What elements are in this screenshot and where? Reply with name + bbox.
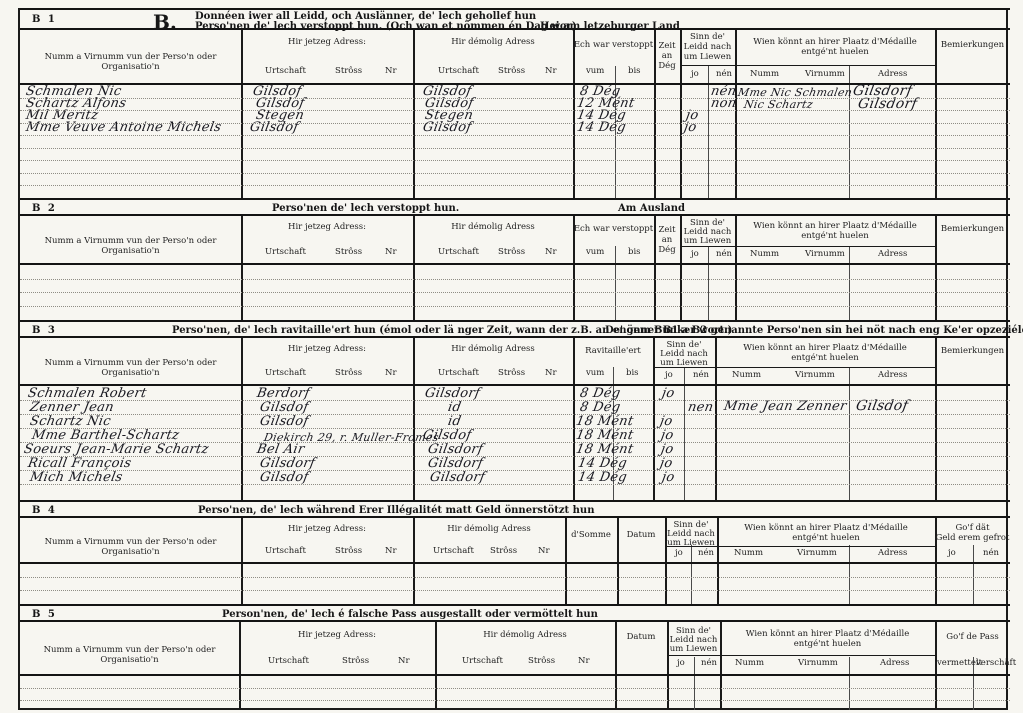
vum-bis-divider <box>613 367 614 384</box>
ruled-line <box>20 484 1010 485</box>
stross-label: Strôss <box>528 656 555 666</box>
adress-label: Adress <box>878 548 907 558</box>
virnumm-label: Virnumm <box>805 249 845 259</box>
bemierkungen-label: Bemierkungen <box>935 346 1010 356</box>
virnumm-label: Virnumm <box>798 658 838 668</box>
b5-column-header: Numm a Virnumm vun der Perso'n oder Orga… <box>20 622 1010 676</box>
nen-label: nén <box>983 548 999 558</box>
ruled-line <box>20 590 1010 591</box>
vum-label: vum <box>586 247 604 257</box>
b3-row0-demolig: Gilsdorf <box>424 387 481 400</box>
nr-label: Nr <box>545 368 557 378</box>
numm-label: Numm <box>750 249 779 259</box>
sinn-label-3: um Liewen <box>680 52 735 62</box>
nr-label: Nr <box>398 656 410 666</box>
col-ravitailleert-header: Ravitaille'ert <box>573 346 653 356</box>
gof-geld-label-1: Go'f dät <box>935 523 1010 533</box>
urtschaft-label: Urtschaft <box>265 368 306 378</box>
virnumm-label: Virnumm <box>795 370 835 380</box>
bemierkungen-label: Bemierkungen <box>935 40 1010 50</box>
sinn-subrow-line <box>667 655 720 656</box>
column-divider <box>935 338 937 384</box>
b3-row1-name: Zenner Jean <box>29 401 115 414</box>
jo-label: jo <box>948 548 956 558</box>
jo-nen-divider <box>708 85 709 198</box>
column-divider <box>935 676 937 710</box>
b3-row6-jo: jo <box>661 471 676 484</box>
wien-label-2: entgé'nt huelen <box>715 353 935 363</box>
col-jetzeg-header: Hir jetzeg Adress: <box>239 630 435 640</box>
jo-label: jo <box>677 658 685 668</box>
column-divider <box>413 85 415 198</box>
ruled-line <box>20 470 1010 471</box>
col-demolig-header: Hir démolig Adress <box>413 344 573 354</box>
b5-table-body <box>20 676 1010 710</box>
b2-subtitle: Am Ausland <box>618 203 685 214</box>
stross-label: Strôss <box>335 247 362 257</box>
b3-column-header: Numm a Virnumm vun der Perso'n oder Orga… <box>20 338 1010 386</box>
b3-row1-medaille-name: Mme Jean Zenner <box>723 400 848 413</box>
jo-label: jo <box>691 249 699 259</box>
ruled-line <box>20 306 1010 307</box>
wien-label-2: entgé'nt huelen <box>720 639 935 649</box>
col-jetzeg-header: Hir jetzeg Adress: <box>241 222 413 232</box>
sinn-subrow-line <box>665 546 717 547</box>
column-divider <box>239 676 241 710</box>
nen-label: nén <box>701 658 717 668</box>
b4-title: Perso'nen, de' lech während Erer Illégal… <box>198 505 594 516</box>
form-outer-border: B 1 B. Donnéen iwer all Leidd, och Auslä… <box>18 8 1008 710</box>
ruled-line <box>20 414 1010 415</box>
b3-row4-jetzeg: Bel Air <box>256 443 306 456</box>
ruled-line <box>20 442 1010 443</box>
wien-subrow-line <box>717 546 935 547</box>
col-jetzeg-header: Hir jetzeg Adress: <box>241 344 413 354</box>
col-jetzeg-header: Hir jetzeg Adress: <box>241 524 413 534</box>
sinn-label-3: um Liewen <box>680 236 735 246</box>
jo-label: jo <box>665 370 673 380</box>
b3-row4-name: Soeurs Jean-Marie Schartz <box>23 443 210 456</box>
wien-label-2: entgé'nt huelen <box>735 47 935 57</box>
b3-row5-jo: jo <box>659 457 674 470</box>
nr-label: Nr <box>545 247 557 257</box>
urtschaft-label: Urtschaft <box>438 247 479 257</box>
b5-title-bar: B 5 Person'nen, de' lech é falsche Pass … <box>20 604 1010 622</box>
sinn-subrow-line <box>680 246 735 247</box>
ruled-line <box>20 173 1010 174</box>
jo-nen-divider <box>694 676 695 710</box>
urtschaft-label: Urtschaft <box>265 66 306 76</box>
b4-column-header: Numm a Virnumm vun der Perso'n oder Orga… <box>20 518 1010 564</box>
jo-nen-divider <box>684 386 685 500</box>
ruled-line <box>20 688 1010 689</box>
b3-row3-demolig: Gilsdof <box>422 429 473 442</box>
nr-label: Nr <box>385 546 397 556</box>
virnumm-label: Virnumm <box>797 548 837 558</box>
column-divider <box>413 564 415 604</box>
b3-row6-jetzeg: Gilsdof <box>259 471 310 484</box>
b3-row5-vum: 14 Dég <box>577 457 628 470</box>
nen-label: nén <box>698 548 714 558</box>
b5-label: B 5 <box>32 609 57 620</box>
column-divider <box>654 85 656 198</box>
column-divider <box>573 85 575 198</box>
column-divider <box>665 564 667 604</box>
b3-row6-demolig: Gilsdorf <box>429 471 486 484</box>
b4-label: B 4 <box>32 505 57 516</box>
stross-label: Strôss <box>335 66 362 76</box>
virnumm-adress-divider <box>849 564 850 604</box>
b3-row2-demolig: id <box>447 415 462 428</box>
column-divider <box>565 518 567 562</box>
gof-divider <box>973 564 974 604</box>
bis-label: bis <box>626 368 639 378</box>
b3-row3-jo: jo <box>660 429 675 442</box>
bis-label: bis <box>628 66 641 76</box>
column-divider <box>935 564 937 604</box>
wien-subrow-line <box>735 65 935 66</box>
column-divider <box>573 386 575 500</box>
b3-row4-jo: jo <box>660 443 675 456</box>
ruled-line <box>20 160 1010 161</box>
col-verstoppt-header: Ech war verstoppt <box>573 224 654 234</box>
b3-row1-nen: nen <box>687 401 715 414</box>
wien-subrow-line <box>720 655 935 656</box>
urtschaft-label: Urtschaft <box>462 656 503 666</box>
wien-label-1: Wien könnt an hirer Plaatz d'Médaille <box>735 37 935 47</box>
ruled-line <box>20 292 1010 293</box>
column-divider <box>241 564 243 604</box>
section-b3: B 3 Perso'nen, de' lech ravitaille'ert h… <box>20 320 1010 500</box>
verschaft-label: verschäft <box>976 658 1016 668</box>
sinn-subrow-line <box>653 367 715 368</box>
nen-label: nén <box>716 249 732 259</box>
b3-row5-jetzeg: Gilsdorf <box>259 457 316 470</box>
virnumm-adress-divider <box>849 246 850 263</box>
nr-label: Nr <box>578 656 590 666</box>
zeit-label-3: Dég <box>654 245 680 255</box>
column-divider <box>717 564 719 604</box>
wien-label-1: Wien könnt an hirer Plaatz d'Médaille <box>717 523 935 533</box>
b2-label: B 2 <box>32 203 57 214</box>
ruled-line <box>20 700 1010 701</box>
col-datum-header: Datum <box>617 530 665 540</box>
b5-title: Person'nen, de' lech é falsche Pass ausg… <box>222 609 598 620</box>
column-divider <box>715 386 717 500</box>
ruled-line <box>20 456 1010 457</box>
sinn-subrow-line <box>680 65 735 66</box>
zeit-label-3: Dég <box>654 61 680 71</box>
column-divider <box>935 30 937 83</box>
wien-label-2: entgé'nt huelen <box>735 231 935 241</box>
b1-table-body: Schmalen Nic Schartz Alfons Mil Meritz M… <box>20 85 1010 198</box>
sinn-label-1: Sinn de' <box>680 32 735 42</box>
col-name-header: Numm a Virnumm vun der Perso'n oder Orga… <box>28 537 233 557</box>
b3-row1-demolig: id <box>447 401 462 414</box>
section-b1: B 1 B. Donnéen iwer all Leidd, och Auslä… <box>20 8 1010 198</box>
urtschaft-label: Urtschaft <box>433 546 474 556</box>
column-divider <box>615 622 617 674</box>
column-divider <box>241 85 243 198</box>
virnumm-adress-divider <box>849 386 850 500</box>
gof-geld-label-2: Geld erem gefrot <box>935 533 1010 543</box>
b4-title-bar: B 4 Perso'nen, de' lech während Erer Ill… <box>20 500 1010 518</box>
b3-table-body: Schmalen Robert Zenner Jean Schartz Nic … <box>20 386 1010 500</box>
vum-bis-divider <box>615 246 616 263</box>
wien-label-2: entgé'nt huelen <box>717 533 935 543</box>
virnumm-adress-divider <box>849 657 850 674</box>
b3-row1-medaille-adress: Gilsdof <box>855 400 909 413</box>
col-name-header: Numm a Virnumm vun der Perso'n oder Orga… <box>28 236 233 256</box>
vum-label: vum <box>586 368 604 378</box>
jo-nen-divider <box>684 367 685 384</box>
section-b5: B 5 Person'nen, de' lech é falsche Pass … <box>20 604 1010 710</box>
vum-label: vum <box>586 66 604 76</box>
col-jetzeg-header: Hir jetzeg Adress: <box>241 37 413 47</box>
column-divider <box>935 386 937 500</box>
virnumm-adress-divider <box>849 85 850 198</box>
column-divider <box>615 676 617 710</box>
sinn-label-3: um Liewen <box>667 644 720 654</box>
nr-label: Nr <box>385 368 397 378</box>
b3-title2: De' önner B1 a B2 genannte Perso'nen sin… <box>605 325 1023 336</box>
jo-nen-divider <box>708 66 709 83</box>
b1-row1-nen: non <box>710 97 738 110</box>
b3-row2-jetzeg: Gilsdof <box>259 415 310 428</box>
wien-subrow-line <box>715 367 935 368</box>
b3-row5-demolig: Gilsdorf <box>427 457 484 470</box>
urtschaft-label: Urtschaft <box>265 247 306 257</box>
sinn-label-2: Leidd nach <box>680 42 735 52</box>
b2-column-header: Numm a Virnumm vun der Perso'n oder Orga… <box>20 216 1010 265</box>
numm-label: Numm <box>734 548 763 558</box>
col-name-header: Numm a Virnumm vun der Perso'n oder Orga… <box>28 52 233 72</box>
jo-nen-divider <box>694 657 695 674</box>
virnumm-adress-divider <box>849 545 850 562</box>
stross-label: Strôss <box>335 368 362 378</box>
ruled-line <box>20 123 1010 124</box>
b3-row2-name: Schartz Nic <box>29 415 112 428</box>
b3-row2-vum: 18 Mént <box>575 415 635 428</box>
b4-table-body <box>20 564 1010 604</box>
numm-label: Numm <box>750 69 779 79</box>
column-divider <box>667 676 669 710</box>
b3-row4-demolig: Gilsdorf <box>427 443 484 456</box>
numm-label: Numm <box>735 658 764 668</box>
column-divider <box>573 338 575 384</box>
bemierkungen-label: Bemierkungen <box>935 224 1010 234</box>
ruled-line <box>20 110 1010 111</box>
b1-column-header: Numm a Virnumm vun der Perso'n oder Orga… <box>20 30 1010 85</box>
section-b2: B 2 Perso'nen de' lech verstoppt hun. Am… <box>20 198 1010 320</box>
column-divider <box>617 564 619 604</box>
stross-label: Strôss <box>490 546 517 556</box>
col-datum-header: Datum <box>615 632 667 642</box>
b3-row4-vum: 18 Mént <box>575 443 635 456</box>
zeit-label-1: Zeit <box>654 225 680 235</box>
column-divider <box>565 564 567 604</box>
column-divider <box>720 676 722 710</box>
stross-label: Strôss <box>342 656 369 666</box>
stross-label: Strôss <box>498 247 525 257</box>
wien-subrow-line <box>735 246 935 247</box>
col-demolig-header: Hir démolig Adress <box>413 37 573 47</box>
column-divider <box>680 85 682 198</box>
col-name-header: Numm a Virnumm vun der Perso'n oder Orga… <box>28 358 233 378</box>
nr-label: Nr <box>385 66 397 76</box>
b3-row6-name: Mich Michels <box>29 471 124 484</box>
gof-pass-label: Go'f de Pass <box>935 632 1010 642</box>
bis-label: bis <box>628 247 641 257</box>
column-divider <box>573 30 575 83</box>
b1-title-bar: B 1 B. Donnéen iwer all Leidd, och Auslä… <box>20 8 1010 30</box>
pass-divider <box>973 676 974 710</box>
section-b4: B 4 Perso'nen, de' lech während Erer Ill… <box>20 500 1010 604</box>
b3-row1-vum: 8 Dég <box>579 401 622 414</box>
column-divider <box>435 676 437 710</box>
ruled-line <box>20 148 1010 149</box>
b3-row1-jetzeg: Gilsdof <box>259 401 310 414</box>
jo-nen-divider <box>708 246 709 263</box>
col-demolig-header: Hir démolig Adress <box>413 524 565 534</box>
urtschaft-label: Urtschaft <box>438 368 479 378</box>
col-name-header: Numm a Virnumm vun der Perso'n oder Orga… <box>28 645 231 665</box>
col-somme-header: d'Somme <box>565 530 617 540</box>
jo-nen-divider <box>691 564 692 604</box>
b2-title-bar: B 2 Perso'nen de' lech verstoppt hun. Am… <box>20 198 1010 216</box>
adress-label: Adress <box>878 69 907 79</box>
zeit-label-2: an <box>654 51 680 61</box>
b3-row0-vum: 8 Dég <box>579 387 622 400</box>
column-divider <box>241 386 243 500</box>
nr-label: Nr <box>385 247 397 257</box>
ruled-line <box>20 577 1010 578</box>
vum-bis-divider <box>615 66 616 83</box>
b3-row2-jo: jo <box>659 415 674 428</box>
b3-row3-vum: 18 Mént <box>575 429 635 442</box>
b3-label: B 3 <box>32 325 57 336</box>
wien-label-1: Wien könnt an hirer Plaatz d'Médaille <box>720 629 935 639</box>
nen-label: nén <box>693 370 709 380</box>
nen-label: nén <box>716 69 732 79</box>
b3-row0-name: Schmalen Robert <box>27 387 148 400</box>
ruled-line <box>20 135 1010 136</box>
zeit-label-2: an <box>654 235 680 245</box>
b2-table-body <box>20 265 1010 320</box>
adress-label: Adress <box>880 658 909 668</box>
adress-label: Adress <box>878 370 907 380</box>
col-demolig-header: Hir démolig Adress <box>413 222 573 232</box>
jo-label: jo <box>675 548 683 558</box>
stross-label: Strôss <box>498 368 525 378</box>
adress-label: Adress <box>878 249 907 259</box>
wien-label-1: Wien könnt an hirer Plaatz d'Médaille <box>735 221 935 231</box>
ruled-line <box>20 428 1010 429</box>
virnumm-adress-divider <box>849 367 850 384</box>
b3-row0-jo: jo <box>661 387 676 400</box>
jo-label: jo <box>691 69 699 79</box>
wien-label-1: Wien könnt an hirer Plaatz d'Médaille <box>715 343 935 353</box>
virnumm-label: Virnumm <box>805 69 845 79</box>
col-demolig-header: Hir démolig Adress <box>435 630 615 640</box>
b2-title: Perso'nen de' lech verstoppt hun. <box>272 203 459 214</box>
b3-row3-name: Mme Barthel-Schartz <box>31 429 180 442</box>
nr-label: Nr <box>545 66 557 76</box>
zeit-label-1: Zeit <box>654 41 680 51</box>
urtschaft-label: Urtschaft <box>438 66 479 76</box>
col-verstoppt-header: Ech war verstoppt <box>573 40 654 50</box>
b1-label: B 1 <box>32 14 57 25</box>
stross-label: Strôss <box>498 66 525 76</box>
ruled-line <box>20 400 1010 401</box>
b3-row0-jetzeg: Berdorf <box>256 387 311 400</box>
b3-title-bar: B 3 Perso'nen, de' lech ravitaille'ert h… <box>20 320 1010 338</box>
ruled-line <box>20 185 1010 186</box>
virnumm-adress-divider <box>849 676 850 710</box>
scanned-form-page: B 1 B. Donnéen iwer all Leidd, och Auslä… <box>0 0 1023 713</box>
numm-label: Numm <box>732 370 761 380</box>
b3-row5-name: Ricall François <box>27 457 133 470</box>
urtschaft-label: Urtschaft <box>268 656 309 666</box>
ruled-line <box>20 98 1010 99</box>
virnumm-adress-divider <box>849 66 850 83</box>
stross-label: Strôss <box>335 546 362 556</box>
nr-label: Nr <box>538 546 550 556</box>
urtschaft-label: Urtschaft <box>265 546 306 556</box>
column-divider <box>653 386 655 500</box>
column-divider <box>935 85 937 198</box>
column-divider <box>617 518 619 562</box>
b3-row6-vum: 14 Dég <box>577 471 628 484</box>
gof-divider <box>973 545 974 562</box>
ruled-line <box>20 279 1010 280</box>
